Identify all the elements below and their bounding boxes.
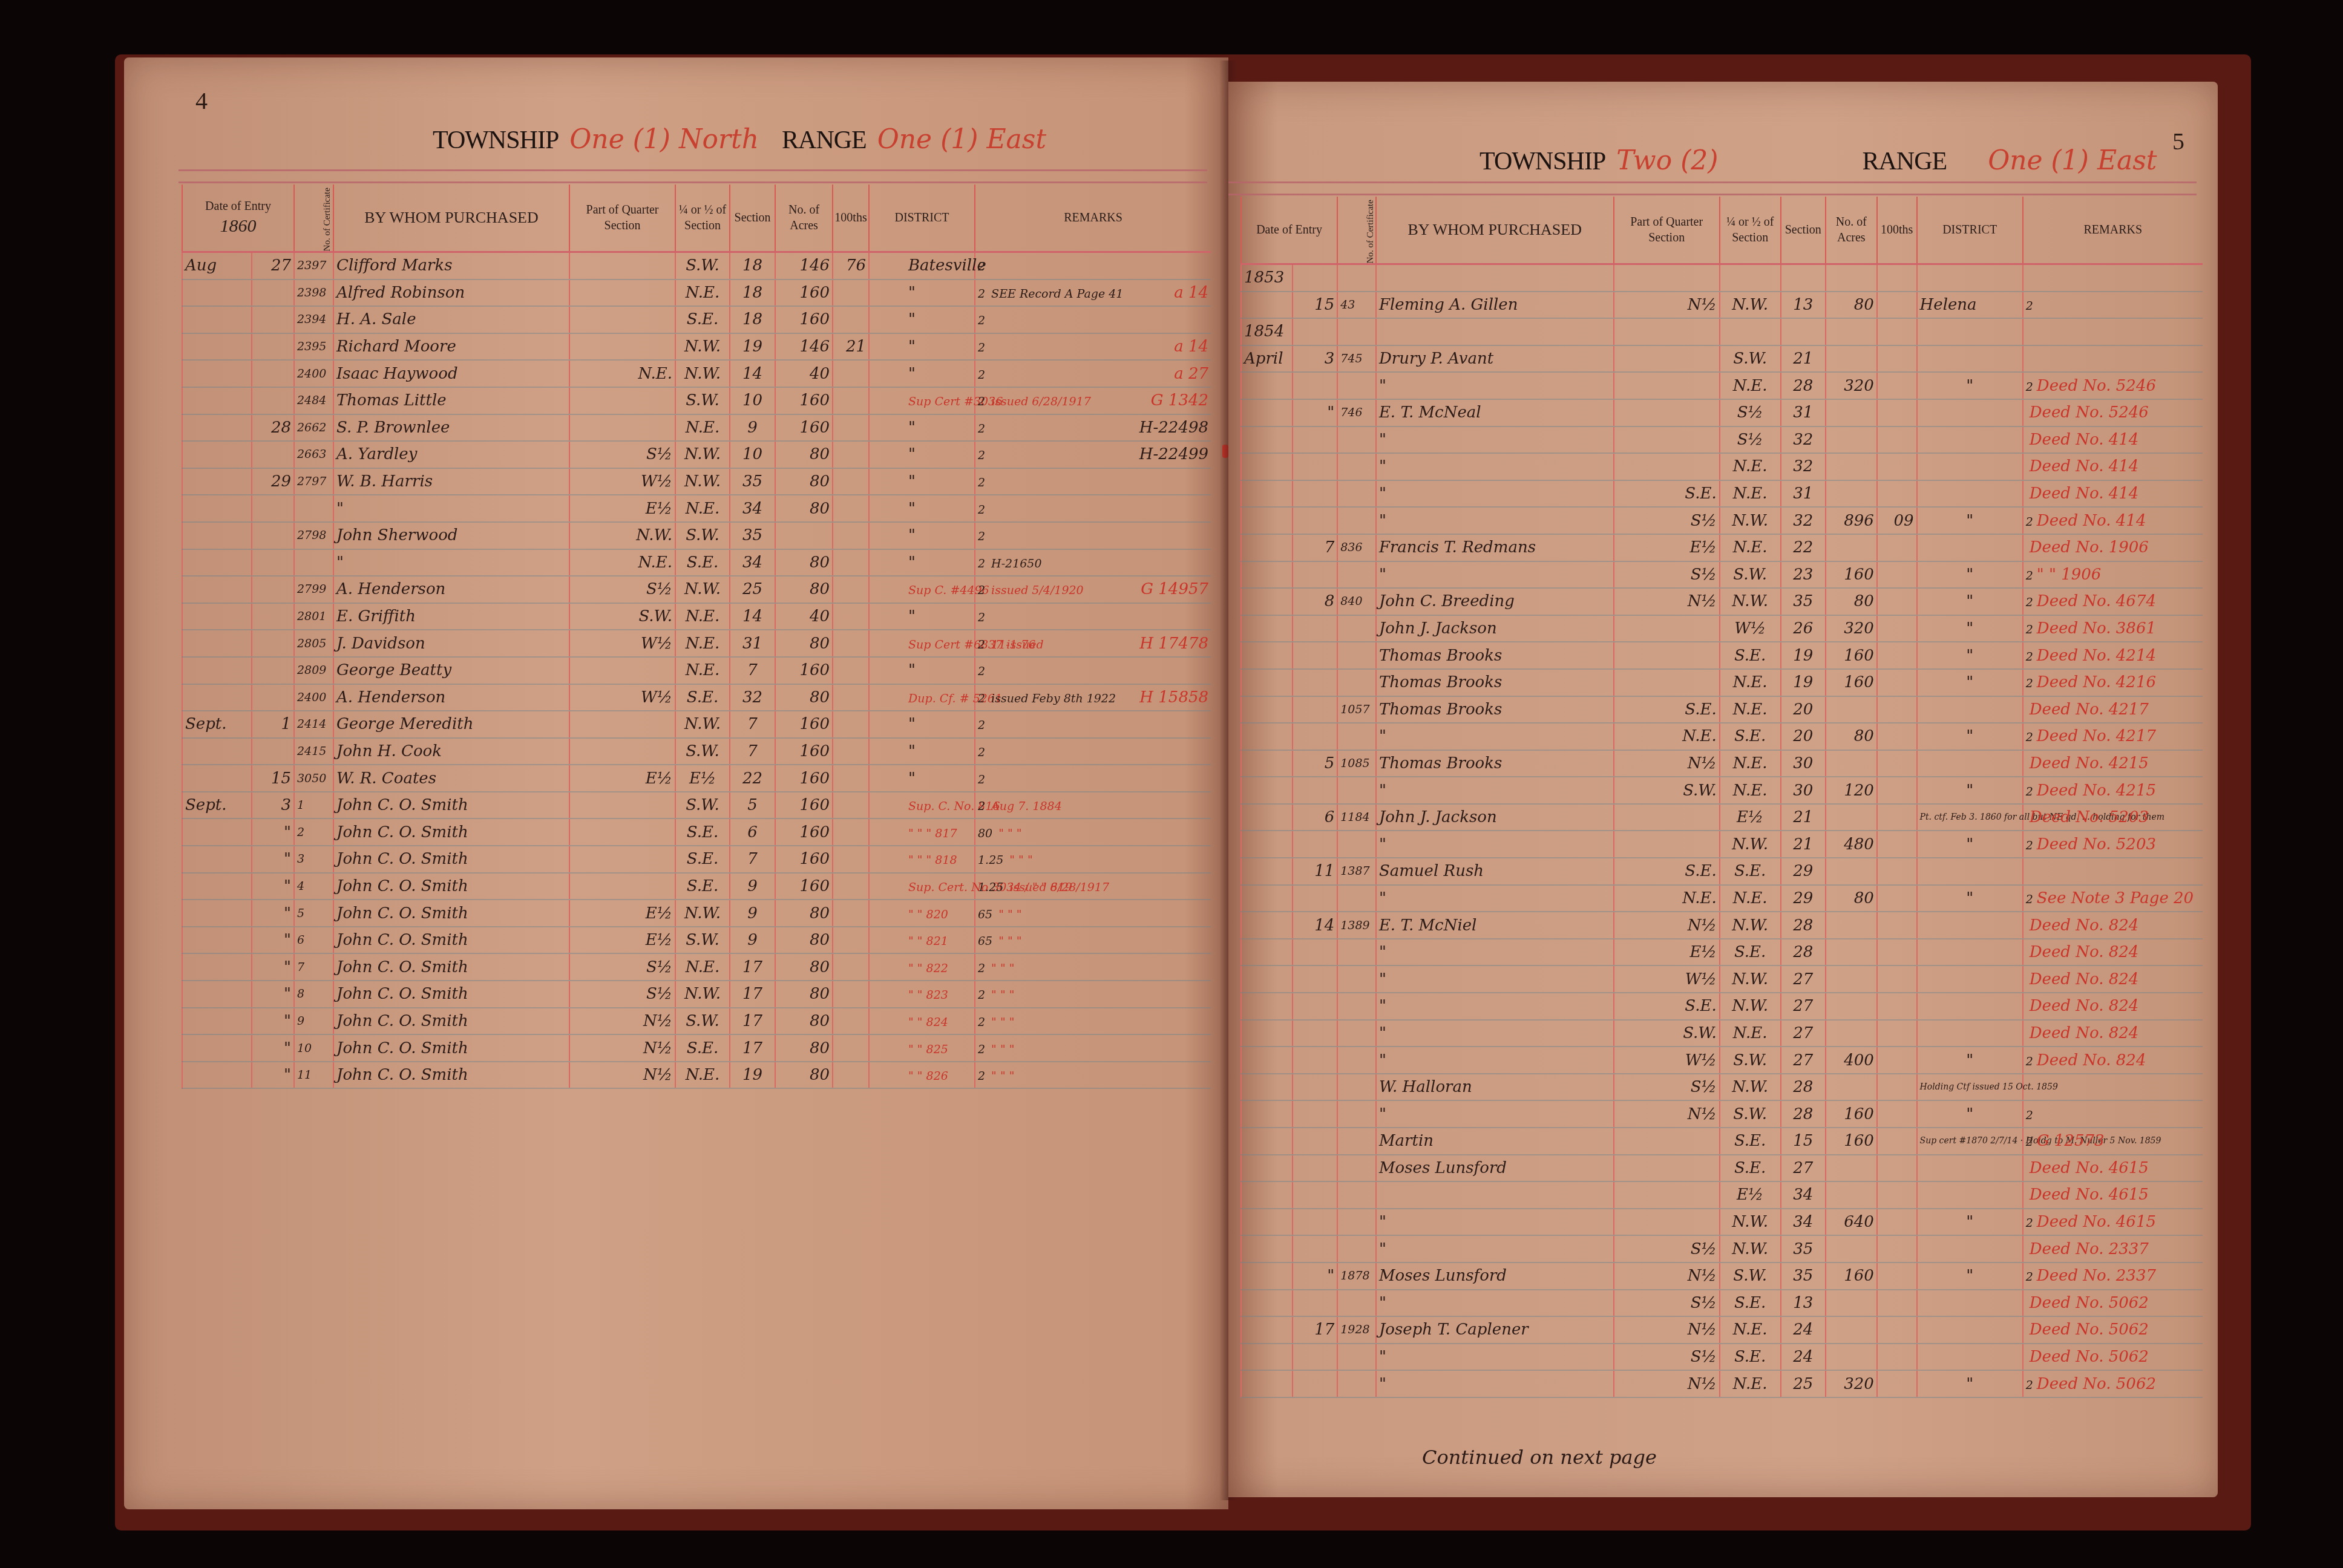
purchaser-name: Martin [1376, 1128, 1614, 1155]
acres: 146 [775, 333, 833, 361]
ledger-row: 61184John J. JacksonE½21Pt. ctf. Feb 3. … [1241, 804, 2203, 831]
section-number: 20 [1781, 696, 1826, 724]
entry-day [1293, 1074, 1337, 1101]
entry-day: " [1293, 1263, 1337, 1290]
certificate-number: 745 [1337, 345, 1376, 373]
district-value: " [908, 338, 916, 356]
remarks: Deed No. 1906 [2023, 534, 2203, 561]
district-value: " [908, 284, 916, 302]
certificate-number [1337, 480, 1376, 508]
entry-day [1293, 372, 1337, 399]
entry-day [1293, 696, 1337, 724]
purchaser-name: " [1376, 1344, 1614, 1371]
purchaser-name: John Sherwood [333, 522, 569, 549]
hundredths [1877, 804, 1917, 831]
purchaser-name: H. A. Sale [333, 306, 569, 333]
certificate-number: 4 [294, 873, 333, 900]
supplemental-cert-note: " " 824 [908, 1016, 948, 1029]
entry-day: 8 [1293, 588, 1337, 615]
entry-month [1241, 723, 1293, 750]
deed-reference: Deed No. 5203 [2030, 808, 2149, 826]
hundredths: 76 [833, 252, 869, 279]
purchaser-name: " [1376, 777, 1614, 804]
ledger-row: April3745Drury P. AvantS.W.21 [1241, 345, 2203, 373]
certificate-number [1337, 372, 1376, 399]
col-part-of-quarter: Part of Quarter Section [1614, 197, 1720, 264]
certificate-number: 2397 [294, 252, 333, 279]
purchaser-name: Moses Lunsford [1376, 1155, 1614, 1182]
acres: 160 [1826, 1128, 1877, 1155]
certificate-number: 5 [294, 900, 333, 927]
hundredths [833, 873, 869, 900]
acres: 80 [775, 549, 833, 577]
section-number: 7 [730, 657, 775, 684]
remarks [2023, 264, 2203, 292]
ledger-row: 1854 [1241, 318, 2203, 345]
entry-day [252, 522, 294, 549]
district: " [869, 522, 975, 549]
entry-day [1293, 1181, 1337, 1209]
district [1917, 399, 2023, 426]
remarks: Deed No. 5062 [2023, 1344, 2203, 1371]
entry-month [1241, 696, 1293, 724]
section-number: 32 [1781, 507, 1826, 534]
entry-day: 15 [252, 765, 294, 792]
remarks: Deed No. 414 [2023, 426, 2203, 454]
acres [1826, 696, 1877, 724]
purchaser-name: Thomas Brooks [1376, 669, 1614, 696]
acres: 160 [775, 279, 833, 307]
col-by-whom-purchased: BY WHOM PURCHASED [333, 185, 569, 252]
deed-reference: G 12573 [2037, 1132, 2105, 1150]
deed-reference: Deed No. 5062 [2037, 1375, 2156, 1393]
purchaser-name: John C. O. Smith [333, 1034, 569, 1062]
district: " [869, 495, 975, 522]
purchaser-name: " [1376, 1209, 1614, 1236]
quarter-section: N.E. [1720, 1370, 1781, 1397]
ledger-row: "S½N.W.3289609"2Deed No. 414 [1241, 507, 2203, 534]
entry-day [1293, 1344, 1337, 1371]
col-district: DISTRICT [1917, 197, 2023, 264]
page-number: 5 [2172, 127, 2184, 155]
district [1917, 264, 2023, 292]
certificate-number: 2394 [294, 306, 333, 333]
district-code: 2 [978, 638, 985, 652]
entry-day [1293, 1155, 1337, 1182]
hundredths [833, 279, 869, 307]
acres: 80 [1826, 292, 1877, 319]
quarter-section: N.W. [675, 900, 730, 927]
header-rule [1228, 194, 2197, 195]
ledger-row: "S½S.E.13Deed No. 5062 [1241, 1290, 2203, 1317]
district: " " 824 [869, 1008, 975, 1035]
hundredths [1877, 912, 1917, 939]
certificate-number [1337, 561, 1376, 589]
remarks: 2a 27 [975, 360, 1211, 387]
ledger-row: "N.W.21480"2Deed No. 5203 [1241, 831, 2203, 858]
hundredths [1877, 1020, 1917, 1047]
part-of-quarter: S.W. [569, 603, 675, 630]
remarks: 2Deed No. 4615 [2023, 1209, 2203, 1236]
quarter-section: N.E. [1720, 372, 1781, 399]
district [1917, 453, 2023, 480]
hundredths [1877, 669, 1917, 696]
part-of-quarter: N½ [1614, 1100, 1720, 1128]
district-code: 2 [978, 476, 985, 489]
hundredths [1877, 696, 1917, 724]
col-date-of-entry: Date of Entry1860 [182, 185, 294, 252]
district: " [869, 306, 975, 333]
ledger-row: "S½N.W.35Deed No. 2337 [1241, 1235, 2203, 1263]
hundredths [1877, 534, 1917, 561]
deed-reference: Deed No. 4217 [2030, 701, 2149, 719]
district-code: 2 [2026, 1270, 2033, 1284]
certificate-number [1337, 1344, 1376, 1371]
ledger-row: 2394H. A. SaleS.E.18160"2 [182, 306, 1211, 333]
ledger-row: "8John C. O. SmithS½N.W.1780" " 8232" " … [182, 981, 1211, 1008]
acres: 160 [775, 792, 833, 819]
deed-reference: Deed No. 4215 [2037, 782, 2156, 800]
remarks: 2Deed No. 2337 [2023, 1263, 2203, 1290]
deed-reference: Deed No. 4615 [2030, 1159, 2149, 1177]
header-rule [179, 181, 1207, 183]
purchaser-name: " [1376, 561, 1614, 589]
ledger-row: "N½S.W.28160"2 [1241, 1100, 2203, 1128]
ledger-row: E½34Deed No. 4615 [1241, 1181, 2203, 1209]
entry-day [1293, 426, 1337, 454]
entry-day: 3 [252, 792, 294, 819]
entry-month [1241, 750, 1293, 777]
purchaser-name: W. R. Coates [333, 765, 569, 792]
remarks: 2issued 5/4/1920G 14957 [975, 576, 1211, 603]
part-of-quarter [569, 873, 675, 900]
ledger-row: 8840John C. BreedingN½N.W.3580"2Deed No.… [1241, 588, 2203, 615]
purchaser-name: " [1376, 507, 1614, 534]
certificate-number: 2395 [294, 333, 333, 361]
ledger-row: "W½N.W.27Deed No. 824 [1241, 965, 2203, 993]
certificate-number: 2798 [294, 522, 333, 549]
certificate-number: 9 [294, 1008, 333, 1035]
hundredths [1877, 885, 1917, 912]
acres [1826, 1074, 1877, 1101]
acres: 160 [775, 711, 833, 738]
ledger-row: 2398Alfred RobinsonN.E.18160"2SEE Record… [182, 279, 1211, 307]
quarter-section: N.E. [675, 1062, 730, 1089]
district-code: 1.25 [978, 881, 1003, 894]
part-of-quarter [1614, 615, 1720, 642]
ledger-row: 1057Thomas BrooksS.E.N.E.20Deed No. 4217 [1241, 696, 2203, 724]
remark-text: issued 6/28/1917 [1009, 881, 1109, 894]
hundredths [1877, 318, 1917, 345]
remarks [2023, 858, 2203, 885]
col-part-of-quarter: Part of Quarter Section [569, 185, 675, 252]
remark-text: issued Feby 8th 1922 [991, 692, 1116, 705]
remarks: 2" " " [975, 981, 1211, 1008]
section-number: 14 [730, 360, 775, 387]
hundredths [833, 927, 869, 954]
supplemental-cert-note: " " " 817 [908, 827, 957, 840]
acres [1826, 1316, 1877, 1344]
acres: 80 [775, 1034, 833, 1062]
certificate-number [1337, 1100, 1376, 1128]
entry-month [1241, 534, 1293, 561]
certificate-number [1337, 1370, 1376, 1397]
remarks: Deed No. 2337 [2023, 1235, 2203, 1263]
entry-day [252, 549, 294, 577]
quarter-section: E½ [1720, 804, 1781, 831]
district: Sup cert #1870 2/7/14 · Holdg to M. Null… [1917, 1128, 2023, 1155]
quarter-section: S.E. [675, 846, 730, 873]
ledger-row: "W½S.W.27400"2Deed No. 824 [1241, 1047, 2203, 1074]
remarks: 2H-22498 [975, 414, 1211, 442]
district-code: 2 [978, 449, 985, 462]
township-range-heading: TOWNSHIP Two (2) RANGE One (1) East [1480, 145, 2157, 176]
quarter-section: S.E. [675, 306, 730, 333]
deed-reference: See Note 3 Page 20 [2037, 889, 2194, 907]
certificate-number [1337, 993, 1376, 1020]
col-by-whom-purchased: BY WHOM PURCHASED [1376, 197, 1614, 264]
remarks: 2" " " [975, 1008, 1211, 1035]
quarter-section: N.E. [1720, 885, 1781, 912]
range-label: RANGE [1862, 147, 1947, 176]
certificate-number: 2662 [294, 414, 333, 442]
certificate-number [1337, 642, 1376, 669]
hundredths [1877, 1155, 1917, 1182]
entry-day [1293, 507, 1337, 534]
part-of-quarter: S½ [1614, 1290, 1720, 1317]
entry-day [1293, 453, 1337, 480]
remark-text: " " " [991, 1070, 1014, 1083]
section-number: 27 [1781, 1155, 1826, 1182]
district [1917, 1316, 2023, 1344]
acres: 160 [775, 657, 833, 684]
district: " [869, 441, 975, 468]
section-number: 30 [1781, 750, 1826, 777]
col-acres: No. ofAcres [1826, 197, 1877, 264]
hundredths [833, 953, 869, 981]
hundredths [1877, 1290, 1917, 1317]
purchaser-name: " [1376, 723, 1614, 750]
entry-month [1241, 831, 1293, 858]
hundredths [833, 900, 869, 927]
acres: 80 [775, 630, 833, 657]
section-number: 32 [1781, 453, 1826, 480]
entry-month [182, 468, 252, 495]
quarter-section: S.E. [675, 1034, 730, 1062]
patent-number: H 15858 [1139, 688, 1208, 707]
remarks: Deed No. 5062 [2023, 1290, 2203, 1317]
ledger-row: 282662S. P. BrownleeN.E.9160"2H-22498 [182, 414, 1211, 442]
entry-day: " [252, 1008, 294, 1035]
district [1917, 696, 2023, 724]
part-of-quarter [1614, 1209, 1720, 1236]
hundredths [1877, 965, 1917, 993]
certificate-number [1337, 939, 1376, 966]
district: " [1917, 1047, 2023, 1074]
entry-month [1241, 1020, 1293, 1047]
district [1917, 1155, 2023, 1182]
district: Sup Cert #6837 issued [869, 630, 975, 657]
district: " [1917, 831, 2023, 858]
district [1917, 426, 2023, 454]
entry-day: " [252, 1034, 294, 1062]
acres: 120 [1826, 777, 1877, 804]
certificate-number: 3 [294, 846, 333, 873]
part-of-quarter: W½ [1614, 965, 1720, 993]
district-code: 2 [978, 665, 985, 678]
ledger-row: "N.E.S.E.3480"2H-21650 [182, 549, 1211, 577]
ledger-row: 2798John SherwoodN.W.S.W.35"2 [182, 522, 1211, 549]
quarter-section: N.E. [675, 279, 730, 307]
supplemental-cert-note: " " 822 [908, 962, 948, 975]
quarter-section: S.W. [1720, 1100, 1781, 1128]
district [1917, 480, 2023, 508]
section-number: 27 [1781, 965, 1826, 993]
district [1917, 1020, 2023, 1047]
acres [1826, 426, 1877, 454]
remark-text: issued 6/28/1917 [991, 395, 1091, 408]
remarks: 2" " " [975, 1034, 1211, 1062]
part-of-quarter [569, 657, 675, 684]
entry-month [1241, 1074, 1293, 1101]
entry-month [1241, 453, 1293, 480]
entry-month [182, 765, 252, 792]
acres [1826, 264, 1877, 292]
entry-day: " [252, 953, 294, 981]
entry-month [1241, 1290, 1293, 1317]
section-number: 25 [1781, 1370, 1826, 1397]
section-number: 9 [730, 873, 775, 900]
acres: 40 [775, 360, 833, 387]
acres: 80 [1826, 588, 1877, 615]
ledger-table-left: Date of Entry1860 No. of Certificate BY … [182, 185, 1211, 1089]
remark-text: SEE Record A Page 41 [991, 287, 1123, 301]
remarks: 2Aug 7. 1884 [975, 792, 1211, 819]
part-of-quarter [569, 333, 675, 361]
part-of-quarter [569, 792, 675, 819]
district-code: 2 [978, 503, 985, 517]
entry-day: " [252, 900, 294, 927]
remarks: 1.25issued 6/28/1917 [975, 873, 1211, 900]
acres [1826, 1235, 1877, 1263]
entry-day [1293, 777, 1337, 804]
col-quarter-of-section: ¼ or ½ of Section [675, 185, 730, 252]
district: " " " 817 [869, 818, 975, 846]
entry-month: Sept. [182, 792, 252, 819]
quarter-section: S.E. [1720, 1155, 1781, 1182]
part-of-quarter: N½ [569, 1034, 675, 1062]
section-number: 17 [730, 981, 775, 1008]
section-number: 18 [730, 306, 775, 333]
ledger-row: 2484Thomas LittleS.W.10160Sup Cert #3036… [182, 387, 1211, 414]
certificate-number [1337, 1209, 1376, 1236]
header-rule [1228, 181, 2197, 183]
entry-month [1241, 1100, 1293, 1128]
hundredths [1877, 1344, 1917, 1371]
entry-day [252, 657, 294, 684]
acres: 80 [775, 684, 833, 711]
quarter-section: S½ [1720, 399, 1781, 426]
purchaser-name: John C. Breeding [1376, 588, 1614, 615]
acres: 896 [1826, 507, 1877, 534]
patent-number: G 1342 [1151, 391, 1208, 410]
hundredths [833, 684, 869, 711]
patent-number: a 14 [1174, 284, 1208, 302]
hundredths [833, 657, 869, 684]
hundredths [1877, 1370, 1917, 1397]
part-of-quarter: N½ [569, 1008, 675, 1035]
certificate-number [1337, 507, 1376, 534]
remarks: 2Deed No. 414 [2023, 507, 2203, 534]
ledger-row: "N½N.E.25320"2Deed No. 5062 [1241, 1370, 2203, 1397]
district: " " 825 [869, 1034, 975, 1062]
remarks: 2 [2023, 292, 2203, 319]
acres: 160 [1826, 669, 1877, 696]
acres: 160 [775, 846, 833, 873]
section-number: 28 [1781, 912, 1826, 939]
ledger-row: 2801E. GriffithS.W.N.E.1440"2 [182, 603, 1211, 630]
part-of-quarter: N½ [1614, 588, 1720, 615]
remarks: 2 [975, 711, 1211, 738]
section-number: 35 [1781, 588, 1826, 615]
part-of-quarter [1614, 642, 1720, 669]
certificate-number: 2 [294, 818, 333, 846]
district: " [1917, 588, 2023, 615]
entry-month [1241, 372, 1293, 399]
quarter-section: N.W. [675, 576, 730, 603]
section-number: 23 [1781, 561, 1826, 589]
entry-month [1241, 858, 1293, 885]
entry-day [252, 576, 294, 603]
ledger-row: "6John C. O. SmithE½S.W.980" " 82165" " … [182, 927, 1211, 954]
certificate-number: 840 [1337, 588, 1376, 615]
hundredths [1877, 939, 1917, 966]
acres: 160 [775, 738, 833, 765]
remarks: Deed No. 824 [2023, 912, 2203, 939]
district: " [1917, 1370, 2023, 1397]
ledger-row: "746E. T. McNealS½31Deed No. 5246 [1241, 399, 2203, 426]
district-value: " [908, 526, 916, 544]
remarks: Deed No. 5246 [2023, 399, 2203, 426]
entry-month [182, 1008, 252, 1035]
part-of-quarter: N.E. [1614, 723, 1720, 750]
entry-month [182, 549, 252, 577]
purchaser-name: Francis T. Redmans [1376, 534, 1614, 561]
district-code: 2 [978, 1043, 985, 1056]
entry-month [182, 576, 252, 603]
part-of-quarter: W½ [569, 468, 675, 495]
entry-day: 15 [1293, 292, 1337, 319]
hundredths [1877, 453, 1917, 480]
quarter-section: S.W. [1720, 1263, 1781, 1290]
acres: 80 [775, 495, 833, 522]
certificate-number [1337, 777, 1376, 804]
certificate-number [1337, 669, 1376, 696]
purchaser-name: John C. O. Smith [333, 953, 569, 981]
section-number: 7 [730, 846, 775, 873]
remark-text: " " " [991, 988, 1014, 1002]
entry-month [182, 333, 252, 361]
quarter-section: N.E. [1720, 534, 1781, 561]
section-number: 13 [1781, 1290, 1826, 1317]
certificate-number [1337, 1235, 1376, 1263]
district: Sup C. #4496 [869, 576, 975, 603]
section-number: 32 [1781, 426, 1826, 454]
certificate-number: 2801 [294, 603, 333, 630]
entry-month [1241, 1128, 1293, 1155]
range-value: One (1) East [877, 124, 1046, 155]
entry-month: Sept. [182, 711, 252, 738]
